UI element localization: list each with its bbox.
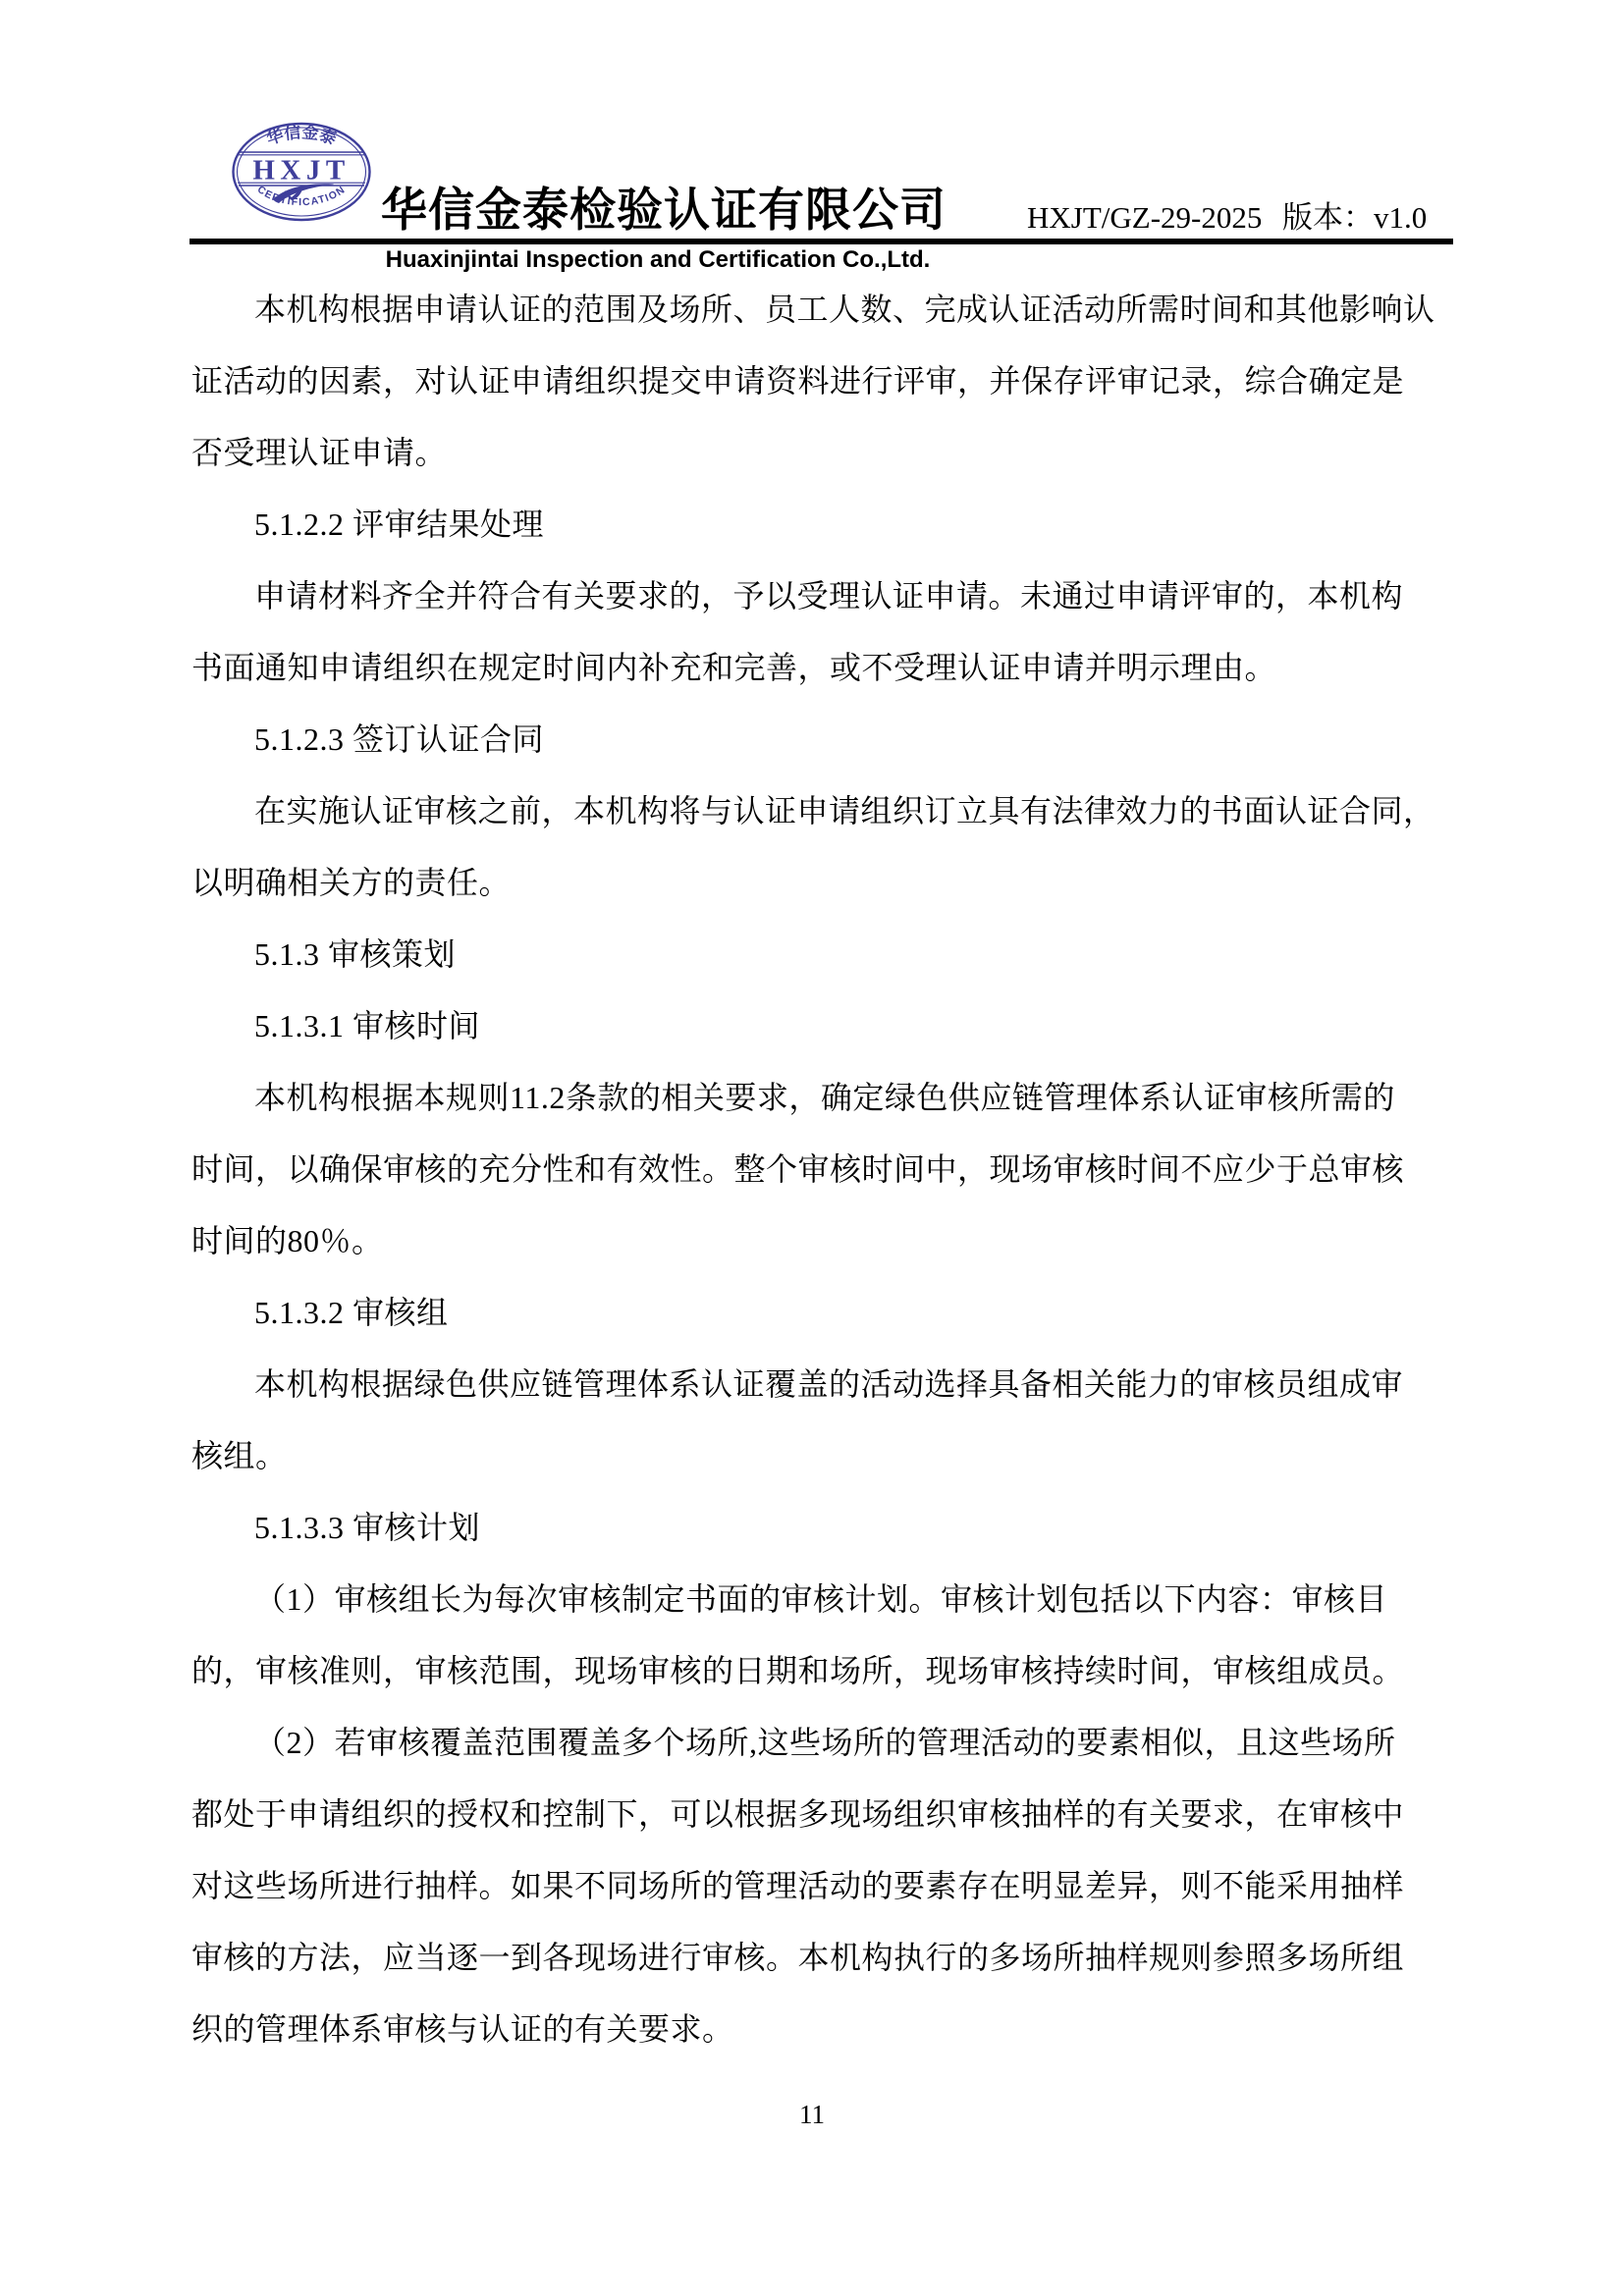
text-line: 5.1.3.1 审核时间	[191, 990, 1455, 1062]
text-line: 在实施认证审核之前，本机构将与认证申请组织订立具有法律效力的书面认证合同，	[191, 775, 1455, 847]
doc-version: 版本：v1.0	[1282, 200, 1427, 236]
company-logo: 华信金泰 HXJT CERTIFICATION	[231, 122, 372, 222]
text-line: 对这些场所进行抽样。如果不同场所的管理活动的要素存在明显差异，则不能采用抽样	[191, 1850, 1455, 1922]
text-line: 时间的80％。	[191, 1205, 1455, 1277]
text-line: 申请材料齐全并符合有关要求的，予以受理认证申请。未通过申请评审的，本机构	[191, 561, 1455, 632]
text-line: （1）审核组长为每次审核制定书面的审核计划。审核计划包括以下内容：审核目	[191, 1564, 1455, 1635]
text-line: 审核的方法，应当逐一到各现场进行审核。本机构执行的多场所抽样规则参照多场所组	[191, 1922, 1455, 1994]
text-line: 本机构根据本规则11.2条款的相关要求，确定绿色供应链管理体系认证审核所需的	[191, 1062, 1455, 1134]
logo-top-text-path: 华信金泰	[264, 122, 340, 148]
text-line: 本机构根据绿色供应链管理体系认证覆盖的活动选择具备相关能力的审核员组成审	[191, 1349, 1455, 1420]
text-line: 书面通知申请组织在规定时间内补充和完善，或不受理认证申请并明示理由。	[191, 632, 1455, 704]
page-number: 11	[0, 2099, 1624, 2130]
text-line: 5.1.2.2 评审结果处理	[191, 489, 1455, 561]
text-line: （2）若审核覆盖范围覆盖多个场所,这些场所的管理活动的要素相似，且这些场所	[191, 1707, 1455, 1779]
text-line: 5.1.2.3 签订认证合同	[191, 704, 1455, 775]
text-line: 时间，以确保审核的充分性和有效性。整个审核时间中，现场审核时间不应少于总审核	[191, 1134, 1455, 1205]
logo-top-text: 华信金泰	[264, 122, 340, 148]
text-line: 本机构根据申请认证的范围及场所、员工人数、完成认证活动所需时间和其他影响认	[191, 274, 1455, 346]
doc-number: HXJT/GZ-29-2025	[1027, 200, 1262, 236]
text-line: 证活动的因素，对认证申请组织提交申请资料进行评审，并保存评审记录，综合确定是	[191, 346, 1455, 417]
document-body: 本机构根据申请认证的范围及场所、员工人数、完成认证活动所需时间和其他影响认证活动…	[191, 274, 1455, 2065]
logo-acronym: HXJT	[252, 155, 350, 187]
text-line: 都处于申请组织的授权和控制下，可以根据多现场组织审核抽样的有关要求，在审核中	[191, 1779, 1455, 1850]
company-name-cn: 华信金泰检验认证有限公司	[381, 185, 970, 238]
text-line: 以明确相关方的责任。	[191, 847, 1455, 919]
header-rule	[189, 239, 1453, 244]
company-name-en: Huaxinjintai Inspection and Certificatio…	[189, 246, 1126, 274]
text-line: 核组。	[191, 1420, 1455, 1492]
document-page: 华信金泰 HXJT CERTIFICATION 华信金泰检验认证有限公司 HXJ…	[0, 0, 1624, 2296]
text-line: 5.1.3.2 审核组	[191, 1277, 1455, 1349]
text-line: 的，审核准则，审核范围，现场审核的日期和场所，现场审核持续时间，审核组成员。	[191, 1635, 1455, 1707]
text-line: 5.1.3.3 审核计划	[191, 1492, 1455, 1564]
text-line: 否受理认证申请。	[191, 417, 1455, 489]
text-line: 织的管理体系审核与认证的有关要求。	[191, 1994, 1455, 2065]
text-line: 5.1.3 审核策划	[191, 919, 1455, 990]
